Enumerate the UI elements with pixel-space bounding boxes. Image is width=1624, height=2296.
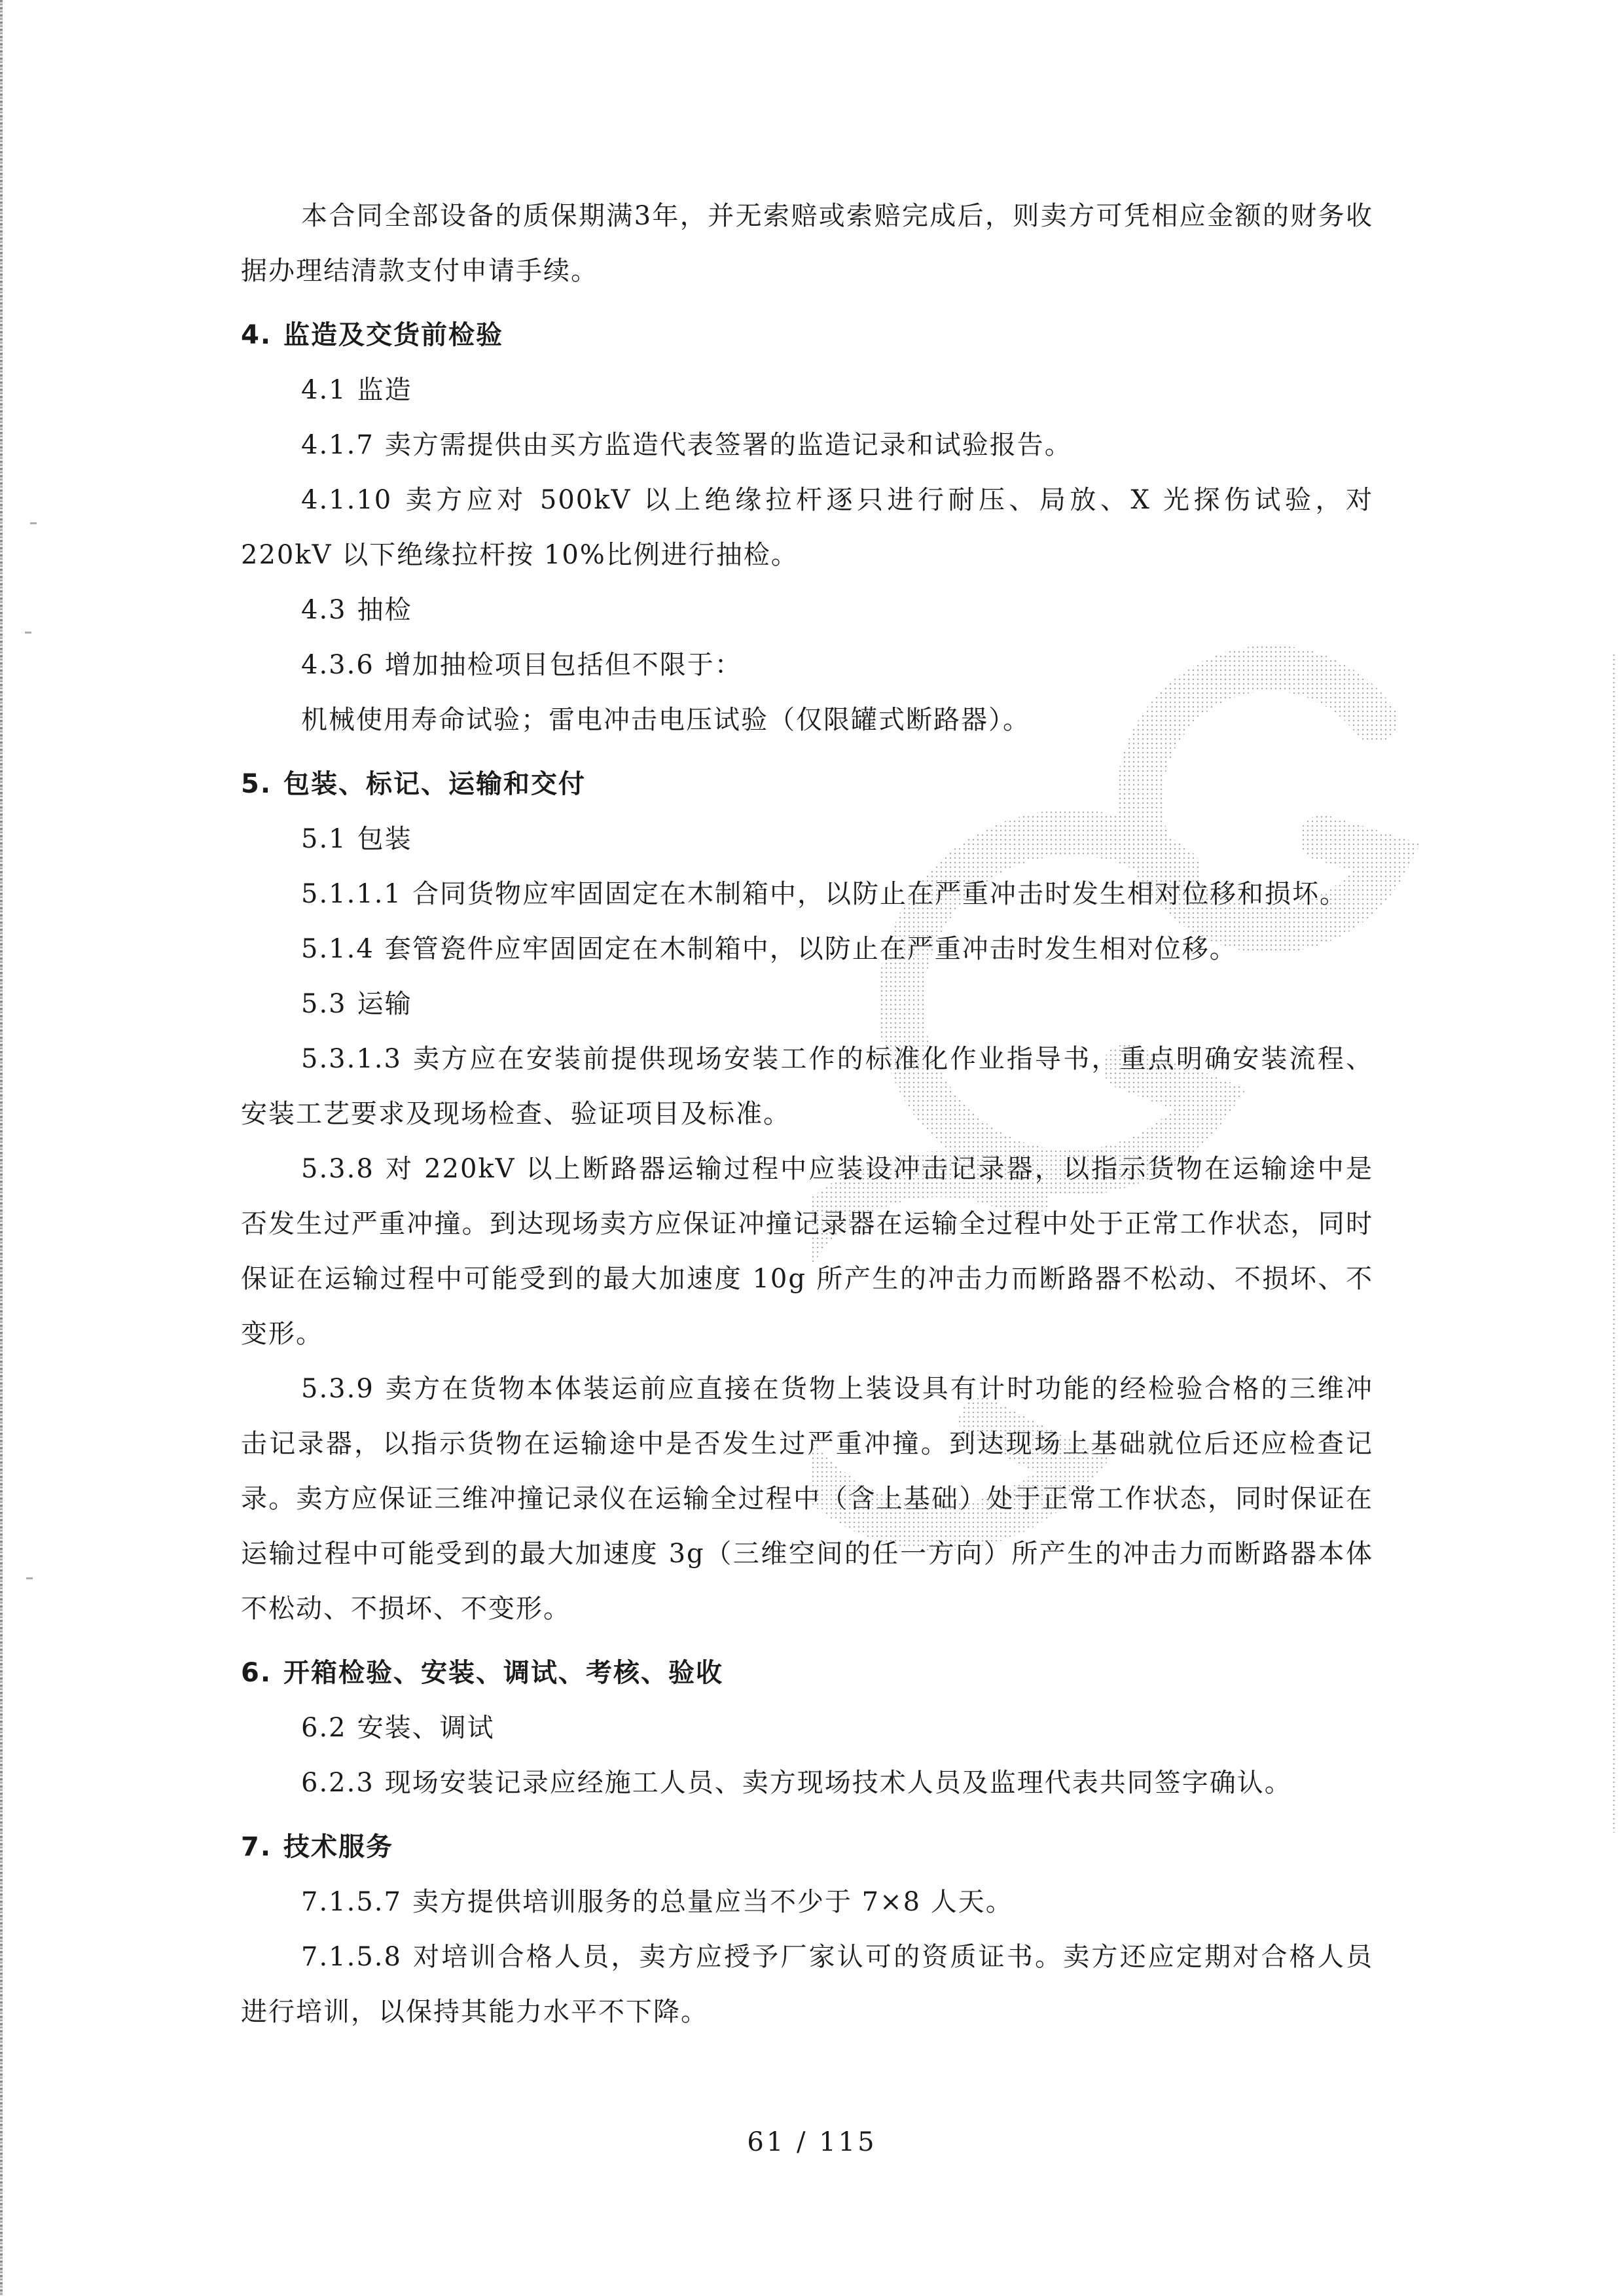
clause: 4.3抽检: [241, 583, 1373, 637]
clause: 5.1.1.1合同货物应牢固固定在木制箱中，以防止在严重冲击时发生相对位移和损坏…: [241, 867, 1373, 922]
clause: 4.3.6增加抽检项目包括但不限于：: [241, 637, 1373, 692]
clause: 5.1.4套管瓷件应牢固固定在木制箱中，以防止在严重冲击时发生相对位移。: [241, 922, 1373, 977]
section-title: 开箱检验、安装、调试、考核、验收: [283, 1658, 723, 1688]
section-number: 7.: [241, 1832, 272, 1862]
section-number: 6.: [241, 1658, 272, 1688]
clause: 4.1.10卖方应对 500kV 以上绝缘拉杆逐只进行耐压、局放、X 光探伤试验…: [241, 473, 1373, 583]
section-title: 监造及交货前检验: [283, 320, 503, 350]
clause: 5.1包装: [241, 812, 1373, 867]
section-heading: 4.监造及交货前检验: [241, 308, 1373, 363]
section-title: 包装、标记、运输和交付: [283, 769, 586, 799]
section-number: 5.: [241, 769, 272, 799]
page-current: 61: [747, 2127, 785, 2157]
clause: 4.1监造: [241, 363, 1373, 418]
scan-artifact: [25, 632, 31, 634]
section-6: 6.开箱检验、安装、调试、考核、验收 6.2安装、调试 6.2.3现场安装记录应…: [241, 1645, 1373, 1810]
page-number: 61 / 115: [0, 2127, 1624, 2157]
clause: 5.3运输: [241, 977, 1373, 1031]
scan-artifact: [26, 1577, 33, 1579]
section-heading: 5.包装、标记、运输和交付: [241, 757, 1373, 812]
section-5: 5.包装、标记、运输和交付 5.1包装 5.1.1.1合同货物应牢固固定在木制箱…: [241, 757, 1373, 1636]
scan-edge-left: [0, 0, 3, 2296]
scan-artifact: [30, 522, 37, 524]
paragraph-warranty: 本合同全部设备的质保期满3年，并无索赔或索赔完成后，则卖方可凭相应金额的财务收据…: [241, 188, 1373, 298]
section-title: 技术服务: [283, 1832, 393, 1862]
clause: 7.1.5.8对培训合格人员，卖方应授予厂家认可的资质证书。卖方还应定期对合格人…: [241, 1929, 1373, 2039]
document-body: 本合同全部设备的质保期满3年，并无索赔或索赔完成后，则卖方可凭相应金额的财务收据…: [241, 188, 1373, 2039]
section-7: 7.技术服务 7.1.5.7卖方提供培训服务的总量应当不少于 7×8 人天。 7…: [241, 1820, 1373, 2039]
section-number: 4.: [241, 320, 272, 350]
clause: 机械使用寿命试验；雷电冲击电压试验（仅限罐式断路器）。: [241, 692, 1373, 747]
clause: 5.3.1.3卖方应在安装前提供现场安装工作的标准化作业指导书，重点明确安装流程…: [241, 1031, 1373, 1141]
page-total: 115: [819, 2127, 876, 2157]
section-4: 4.监造及交货前检验 4.1监造 4.1.7卖方需提供由买方监造代表签署的监造记…: [241, 308, 1373, 747]
clause: 6.2安装、调试: [241, 1700, 1373, 1755]
scan-edge-right: [1613, 655, 1615, 1833]
clause: 5.3.9卖方在货物本体装运前应直接在货物上装设具有计时功能的经检验合格的三维冲…: [241, 1361, 1373, 1636]
clause: 5.3.8对 220kV 以上断路器运输过程中应装设冲击记录器，以指示货物在运输…: [241, 1141, 1373, 1361]
page-separator: /: [797, 2127, 808, 2157]
section-heading: 7.技术服务: [241, 1820, 1373, 1874]
clause: 4.1.7卖方需提供由买方监造代表签署的监造记录和试验报告。: [241, 418, 1373, 473]
clause: 6.2.3现场安装记录应经施工人员、卖方现场技术人员及监理代表共同签字确认。: [241, 1755, 1373, 1810]
section-heading: 6.开箱检验、安装、调试、考核、验收: [241, 1645, 1373, 1700]
clause: 7.1.5.7卖方提供培训服务的总量应当不少于 7×8 人天。: [241, 1874, 1373, 1929]
